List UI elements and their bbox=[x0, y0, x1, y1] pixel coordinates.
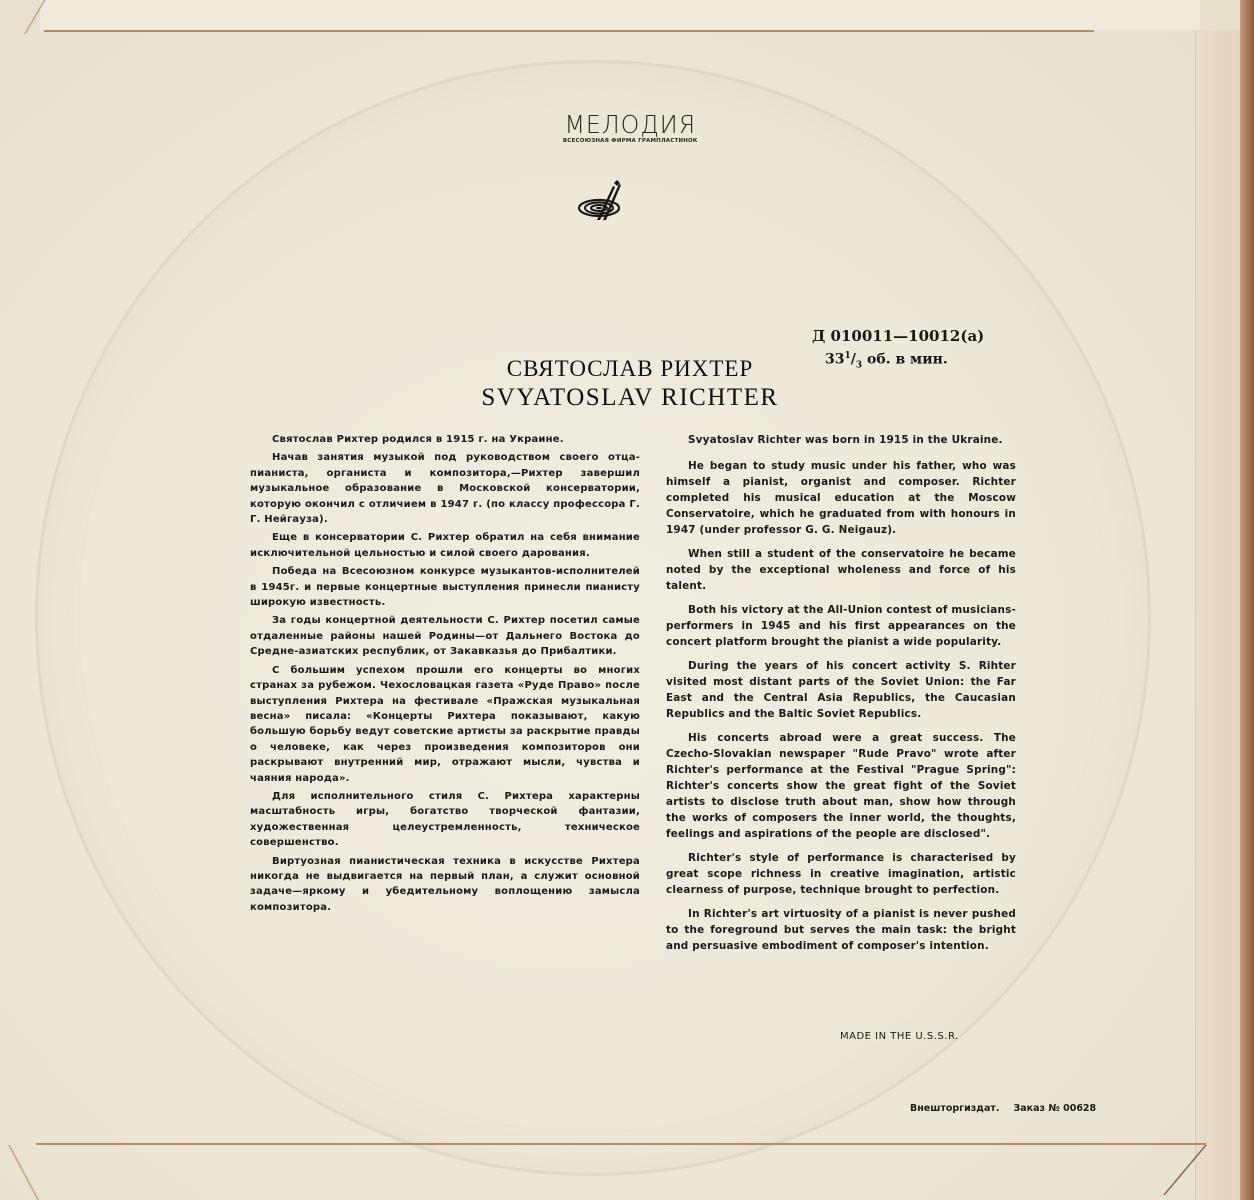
rpm-unit: об. в мин. bbox=[867, 352, 948, 368]
label-logo: МЕЛОДИЯ ВСЕСОЮЗНАЯ ФИРМА ГРАМПЛАСТИНОК bbox=[561, 113, 700, 144]
catalog-number: Д 010011—10012(а) bbox=[812, 326, 984, 346]
paragraph: During the years of his concert activity… bbox=[666, 658, 1016, 722]
paragraph: Святослав Рихтер родился в 1915 г. на Ук… bbox=[250, 432, 640, 447]
paragraph: Richter's style of performance is charac… bbox=[666, 850, 1016, 898]
publisher: Внешторгиздат. bbox=[910, 1103, 1000, 1114]
artist-name-russian: СВЯТОСЛАВ РИХТЕР bbox=[440, 356, 820, 382]
paragraph: When still a student of the conservatoir… bbox=[666, 546, 1016, 594]
paragraph: Svyatoslav Richter was born in 1915 in t… bbox=[666, 432, 1016, 448]
paragraph: Both his victory at the All-Union contes… bbox=[666, 602, 1016, 650]
paragraph: С большим успехом прошли его концерты во… bbox=[250, 663, 640, 786]
rpm-numerator: 1 bbox=[844, 351, 850, 361]
paragraph: Для исполнительного стиля С. Рихтера хар… bbox=[250, 789, 640, 851]
biography-russian: Святослав Рихтер родился в 1915 г. на Ук… bbox=[250, 432, 640, 918]
melodiya-logo-icon bbox=[575, 178, 635, 223]
rpm-whole: 33 bbox=[825, 352, 844, 368]
made-in-label: MADE IN THE U.S.S.R. bbox=[840, 1031, 959, 1042]
record-sleeve-back: МЕЛОДИЯ ВСЕСОЮЗНАЯ ФИРМА ГРАМПЛАСТИНОК Д… bbox=[0, 0, 1254, 1200]
flap-crease-bottom bbox=[36, 1143, 1206, 1145]
sleeve-edge bbox=[1240, 0, 1254, 1200]
printer-imprint: Внешторгиздат.Заказ № 00628 bbox=[910, 1103, 1096, 1114]
right-flap bbox=[1195, 30, 1241, 1200]
order-number: Заказ № 00628 bbox=[1014, 1103, 1097, 1114]
flap-crease-corner bbox=[8, 1145, 39, 1200]
artist-name-english: SVYATOSLAV RICHTER bbox=[440, 384, 820, 412]
paragraph: He began to study music under his father… bbox=[666, 458, 1016, 538]
rpm-denominator: 3 bbox=[856, 360, 862, 370]
paragraph: In Richter's art virtuosity of a pianist… bbox=[666, 906, 1016, 954]
paragraph: Начав занятия музыкой под руководством с… bbox=[250, 450, 640, 527]
flap-crease-top bbox=[44, 30, 1094, 32]
brand-name: МЕЛОДИЯ bbox=[564, 113, 696, 137]
paragraph: Еще в консерватории С. Рихтер обратил на… bbox=[250, 530, 640, 561]
paragraph: His concerts abroad were a great success… bbox=[666, 730, 1016, 842]
paragraph: Победа на Всесоюзном конкурсе музыкантов… bbox=[250, 564, 640, 610]
catalog-info: Д 010011—10012(а) 331/3 об. в мин. bbox=[812, 326, 984, 375]
paragraph: Виртуозная пианистическая техника в иску… bbox=[250, 854, 640, 916]
playback-speed: 331/3 об. в мин. bbox=[812, 346, 984, 375]
biography-english: Svyatoslav Richter was born in 1915 in t… bbox=[666, 432, 1016, 962]
paragraph: За годы концертной деятельности С. Рихте… bbox=[250, 613, 640, 659]
top-flap bbox=[40, 0, 1200, 30]
